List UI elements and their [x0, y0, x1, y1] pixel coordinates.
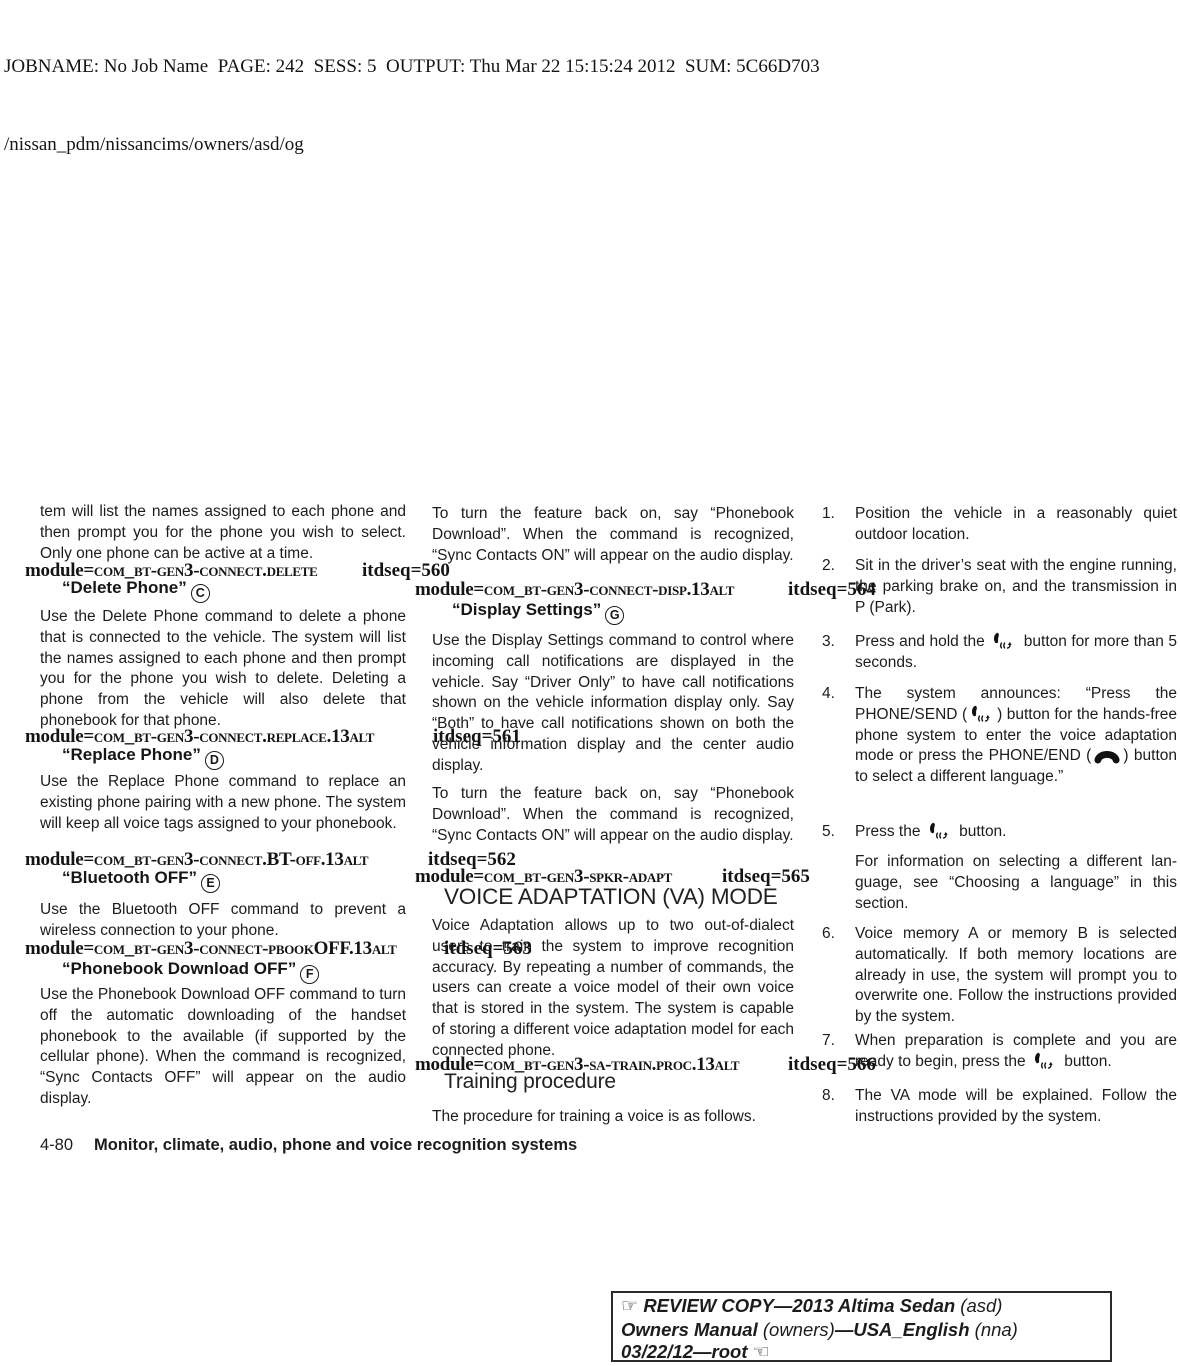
item-text: Press and hold the button for more than … — [855, 632, 1177, 674]
module-prefix: module= — [25, 938, 94, 959]
col2-paragraph-turn-back-on-1: To turn the feature back on, say “Phoneb… — [432, 504, 794, 566]
col1-paragraph-phonebook-download-off: Use the Phonebook Download OFF command t… — [40, 985, 406, 1110]
text-run: 03/22/12—root — [621, 1341, 753, 1362]
item-text: The system announces: “Press the PHONE/S… — [855, 684, 1177, 788]
module-marker-566: module=com_bt-gen3-sa-train.proc.13alt — [415, 1054, 739, 1076]
item-text: The VA mode will be explained. Follow th… — [855, 1086, 1177, 1128]
circled-letter-c-icon: C — [191, 584, 210, 603]
itdseq-marker-561: itdseq=561 — [433, 726, 521, 748]
numbered-list-item-5-subparagraph: For information on selecting a different… — [855, 852, 1177, 914]
itdseq-marker-563: itdseq=563 — [444, 938, 532, 960]
item-number: 6. — [822, 924, 855, 1028]
text-run: Sit in the driver’s seat with the engine… — [855, 557, 1177, 616]
numbered-list-item-5: 5. Press the button. — [822, 822, 1177, 843]
text-run: (owners) — [758, 1319, 835, 1340]
numbered-list-item-1: 1. Position the vehicle in a reasonably … — [822, 504, 1177, 546]
itdseq-marker-565: itdseq=565 — [722, 866, 810, 888]
module-value: com_bt-gen3-connect.delete — [94, 560, 318, 581]
text-run: For information on selecting a different… — [855, 853, 1177, 912]
text-run: The VA mode will be explained. Follow th… — [855, 1087, 1177, 1125]
page-number: 4-80 — [40, 1136, 73, 1154]
circled-letter-e-icon: E — [201, 874, 220, 893]
text-run: (nna) — [970, 1319, 1018, 1340]
item-text: Voice memory A or memory B is selected a… — [855, 924, 1177, 1028]
manual-proof-page: { "proof_header": { "line1": "JOBNAME: N… — [0, 0, 1180, 1366]
numbered-list-item-4: 4. The system announces: “Press the PHON… — [822, 684, 1177, 788]
review-copy-line-1: ☞ REVIEW COPY—2013 Altima Sedan (asd) — [621, 1295, 1102, 1319]
col1-paragraph-continuation: tem will list the names assigned to each… — [40, 502, 406, 564]
phone-send-icon — [1033, 1052, 1057, 1070]
numbered-list-item-6: 6. Voice memory A or memory B is selecte… — [822, 924, 1177, 1028]
module-marker-565: module=com_bt-gen3-spkr-adapt — [415, 866, 672, 888]
item-number: 3. — [822, 632, 855, 674]
col2-paragraph-training-intro: The procedure for training a voice is as… — [432, 1107, 794, 1128]
phone-send-icon — [992, 632, 1016, 650]
item-number: 4. — [822, 684, 855, 788]
phone-send-icon — [970, 705, 994, 723]
text-run: button. — [955, 823, 1007, 840]
item-number: 5. — [822, 822, 855, 843]
module-value: com_bt-gen3-connect.replace.13alt — [94, 726, 374, 747]
module-prefix: module= — [25, 726, 94, 747]
review-copy-line-3: 03/22/12—root ☜ — [621, 1341, 1102, 1365]
numbered-list-item-3: 3. Press and hold the button for more th… — [822, 632, 1177, 674]
text-run: When preparation is complete and you are… — [855, 1032, 1177, 1070]
text-run: REVIEW COPY—2013 Altima Sedan — [643, 1295, 955, 1316]
text-run: Owners Manual — [621, 1319, 758, 1340]
item-text: Sit in the driver’s seat with the engine… — [855, 556, 1177, 618]
col1-paragraph-replace-phone: Use the Replace Phone command to replace… — [40, 772, 406, 834]
review-copy-line-2: Owners Manual (owners)—USA_English (nna) — [621, 1319, 1102, 1342]
itdseq-marker-564: itdseq=564 — [788, 579, 876, 601]
numbered-list-item-8: 8. The VA mode will be explained. Follow… — [822, 1086, 1177, 1128]
subheading-replace-phone: “Replace Phone”D — [62, 745, 224, 770]
footer-chapter-title: Monitor, climate, audio, phone and voice… — [94, 1136, 577, 1154]
text-run: ☞ — [621, 1296, 643, 1317]
text-run: (asd) — [955, 1295, 1002, 1316]
module-marker-561: module=com_bt-gen3-connect.replace.13alt — [25, 726, 374, 748]
module-value: com_bt-gen3-connect-disp.13alt — [484, 579, 734, 600]
text-run: —USA_English — [835, 1319, 970, 1340]
circled-letter-g-icon: G — [605, 606, 624, 625]
module-value: com_bt-gen3-spkr-adapt — [484, 866, 672, 887]
col2-paragraph-turn-back-on-2: To turn the feature back on, say “Phoneb… — [432, 784, 794, 846]
subheading-bluetooth-off: “Bluetooth OFF”E — [62, 868, 220, 893]
item-number: 1. — [822, 504, 855, 546]
item-text: Position the vehicle in a reasonably qui… — [855, 504, 1177, 546]
item-text: When preparation is complete and you are… — [855, 1031, 1177, 1073]
text-run: Position the vehicle in a reasonably qui… — [855, 505, 1177, 543]
module-prefix: module= — [25, 560, 94, 581]
itdseq-marker-566: itdseq=566 — [788, 1054, 876, 1076]
module-value: com_bt-gen3-connect-pbookOFF.13alt — [94, 938, 397, 959]
module-marker-560: module=com_bt-gen3-connect.delete — [25, 560, 318, 582]
col1-paragraph-delete-phone: Use the Delete Phone command to delete a… — [40, 607, 406, 732]
text-run: Press and hold the — [855, 633, 989, 650]
module-marker-562: module=com_bt-gen3-connect.BT-off.13alt — [25, 849, 368, 871]
subheading-text: “Display Settings” — [452, 600, 601, 619]
module-value: com_bt-gen3-connect.BT-off.13alt — [94, 849, 368, 870]
col2-paragraph-display-settings: Use the Display Settings command to cont… — [432, 631, 794, 777]
module-marker-564: module=com_bt-gen3-connect-disp.13alt — [415, 579, 734, 601]
text-run: Press the — [855, 823, 925, 840]
phone-send-icon — [928, 822, 952, 840]
module-prefix: module= — [415, 579, 484, 600]
subheading-phonebook-download-off: “Phonebook Download OFF”F — [62, 959, 319, 984]
module-prefix: module= — [415, 866, 484, 887]
page-footer: 4-80Monitor, climate, audio, phone and v… — [40, 1136, 577, 1155]
col1-paragraph-bluetooth-off: Use the Bluetooth OFF command to prevent… — [40, 900, 406, 942]
module-marker-563: module=com_bt-gen3-connect-pbookOFF.13al… — [25, 938, 396, 960]
proof-header: JOBNAME: No Job Name PAGE: 242 SESS: 5 O… — [4, 2, 820, 184]
item-number: 8. — [822, 1086, 855, 1128]
module-prefix: module= — [25, 849, 94, 870]
proof-header-line-1: JOBNAME: No Job Name PAGE: 242 SESS: 5 O… — [4, 54, 820, 80]
text-run: button. — [1060, 1053, 1112, 1070]
module-value: com_bt-gen3-sa-train.proc.13alt — [484, 1054, 739, 1075]
phone-end-icon — [1094, 749, 1120, 764]
review-copy-box: ☞ REVIEW COPY—2013 Altima Sedan (asd) Ow… — [611, 1291, 1112, 1362]
item-text: Press the button. — [855, 822, 1177, 843]
text-run: ☜ — [753, 1342, 770, 1363]
circled-letter-f-icon: F — [300, 965, 319, 984]
proof-header-line-2: /nissan_pdm/nissancims/owners/asd/og — [4, 132, 820, 158]
subheading-display-settings: “Display Settings”G — [452, 600, 624, 625]
module-prefix: module= — [415, 1054, 484, 1075]
text-run: Voice memory A or memory B is selected a… — [855, 925, 1177, 1025]
circled-letter-d-icon: D — [205, 751, 224, 770]
subheading-text: “Phonebook Download OFF” — [62, 959, 296, 978]
